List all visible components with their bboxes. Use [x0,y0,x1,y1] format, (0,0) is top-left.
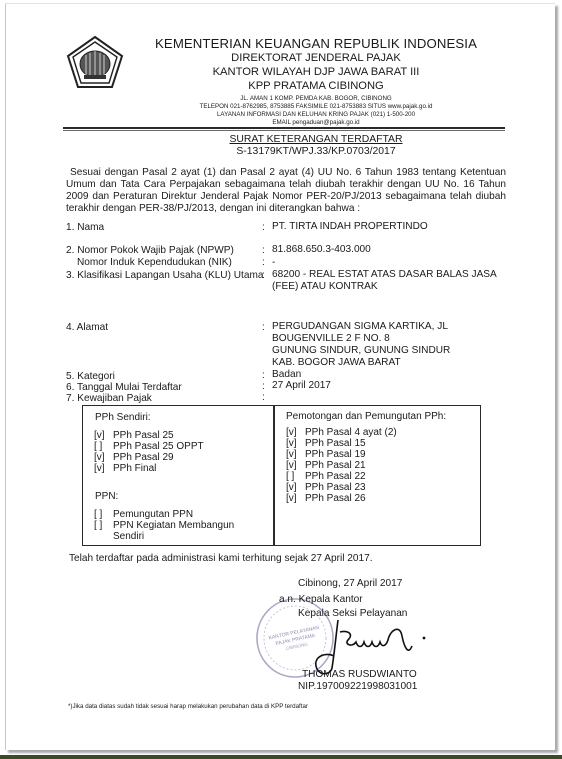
ministry-emblem-icon [66,35,124,89]
document-number: S-13179KT/WPJ.33/KP.0703/2017 [136,146,496,157]
header-email: EMAIL pengaduan@pajak.go.id [136,119,496,126]
header-directorate: DIREKTORAT JENDERAL PAJAK [136,52,496,64]
field-kategori-label: 5. Kategori [66,371,115,382]
field-colon: : [262,381,265,392]
obligation-item: [v]PPh Pasal 4 ayat (2) [286,427,397,438]
checkbox-mark: [ ] [94,441,113,452]
field-tanggal-label: 6. Tanggal Mulai Terdaftar [66,382,182,393]
field-colon: : [262,245,265,256]
obligation-item: [v]PPh Pasal 29 [94,452,174,463]
field-alamat-line-3: GUNUNG SINDUR, GUNUNG SINDUR [272,345,450,357]
field-kategori-value: Badan [272,369,301,381]
field-colon: : [262,257,265,268]
obligation-item: [v]PPh Pasal 26 [286,493,366,504]
checkbox-mark: [ ] [94,509,113,520]
obligation-item: [v]PPh Pasal 19 [286,449,366,460]
obligation-item: [v]PPh Final [94,463,156,474]
obligation-item-continued: Sendiri [113,531,144,542]
obligation-item: [ ]Pemungutan PPN [94,509,193,520]
header-contact: TELEPON 021-8762985, 8753885 FAKSIMILE 0… [136,103,496,110]
tax-obligations-box: PPh Sendiri: [v]PPh Pasal 25 [ ]PPh Pasa… [82,405,481,546]
obligation-item: [ ]PPh Pasal 22 [286,471,366,482]
field-nik-value: - [272,257,275,269]
footnote: *)Jika data diatas sudah tidak sesuai ha… [68,703,308,710]
obligation-item: [v]PPh Pasal 21 [286,460,366,471]
field-nik-label: Nomor Induk Kependudukan (NIK) [77,257,232,268]
obligation-item: [v]PPh Pasal 23 [286,482,366,493]
on-behalf-of: a.n. Kepala Kantor [279,594,363,605]
header-address: JL. AMAN 1 KOMP. PEMDA KAB. BOGOR, CIBIN… [136,95,496,102]
checkbox-mark: [v] [286,482,305,493]
field-klu-value-1: 68200 - REAL ESTAT ATAS DASAR BALAS JASA [272,269,497,281]
intro-text: Sesuai dengan Pasal 2 ayat (1) dan Pasal… [66,167,506,214]
field-alamat-label: 4. Alamat [66,322,108,333]
obligation-item: [ ]PPh Pasal 25 OPPT [94,441,204,452]
field-klu-value-2: (FEE) ATAU KONTRAK [272,281,378,293]
field-alamat-line-2: BOUGENVILLE 2 F NO. 8 [272,333,390,345]
field-kewajiban-label: 7. Kewajiban Pajak [66,393,152,404]
checkbox-mark: [ ] [94,520,113,531]
header-regional-office: KANTOR WILAYAH DJP JAWA BARAT III [136,66,496,78]
checkbox-mark: [ ] [286,471,305,482]
header-tax-office: KPP PRATAMA CIBINONG [136,80,496,92]
pemotongan-heading: Pemotongan dan Pemungutan PPh: [286,411,446,422]
field-colon: : [262,370,265,381]
signer-name: THOMAS RUSDWIANTO [302,669,417,680]
closing-statement: Telah terdaftar pada administrasi kami t… [69,553,373,564]
header-service: LAYANAN INFORMASI DAN KELUHAN KRING PAJA… [136,111,496,118]
obligation-item: [v]PPh Pasal 15 [286,438,366,449]
checkbox-mark: [v] [286,460,305,471]
document-page: KEMENTERIAN KEUANGAN REPUBLIK INDONESIA … [5,3,555,750]
checkbox-mark: [v] [286,493,305,504]
document-title: SURAT KETERANGAN TERDAFTAR [136,134,496,145]
checkbox-mark: [v] [286,438,305,449]
field-colon: : [262,222,265,233]
checkbox-mark: [v] [94,463,113,474]
ppn-heading: PPN: [95,491,118,502]
header-ministry: KEMENTERIAN KEUANGAN REPUBLIK INDONESIA [136,36,496,51]
obligation-item: [v]PPh Pasal 25 [94,430,174,441]
field-nama-label: 1. Nama [66,222,104,233]
signer-nip: NIP.197009221998031001 [298,681,417,692]
field-npwp-label: 2. Nomor Pokok Wajib Pajak (NPWP) [66,245,234,256]
obligation-item: [ ]PPN Kegiatan Membangun [94,520,234,531]
field-colon: : [262,270,265,281]
box-divider [273,406,275,545]
field-colon: : [262,322,265,333]
field-tanggal-value: 27 April 2017 [272,380,331,392]
field-klu-label: 3. Klasifikasi Lapangan Usaha (KLU) Utam… [66,270,264,281]
bottom-border-strip [0,755,562,759]
place-date: Cibinong, 27 April 2017 [298,578,402,589]
field-colon: : [262,392,265,403]
field-nama-value: PT. TIRTA INDAH PROPERTINDO [272,221,428,233]
field-npwp-value: 81.868.650.3-403.000 [272,244,371,256]
field-alamat-line-4: KAB. BOGOR JAWA BARAT [272,357,401,369]
checkbox-mark: [v] [94,452,113,463]
pph-sendiri-heading: PPh Sendiri: [95,412,151,423]
checkbox-mark: [v] [286,449,305,460]
checkbox-mark: [v] [286,427,305,438]
header-divider-thin [63,130,505,131]
checkbox-mark: [v] [94,430,113,441]
header-divider [63,127,505,129]
field-alamat-line-1: PERGUDANGAN SIGMA KARTIKA, JL [272,321,448,333]
intro-paragraph: Sesuai dengan Pasal 2 ayat (1) dan Pasal… [66,167,506,215]
